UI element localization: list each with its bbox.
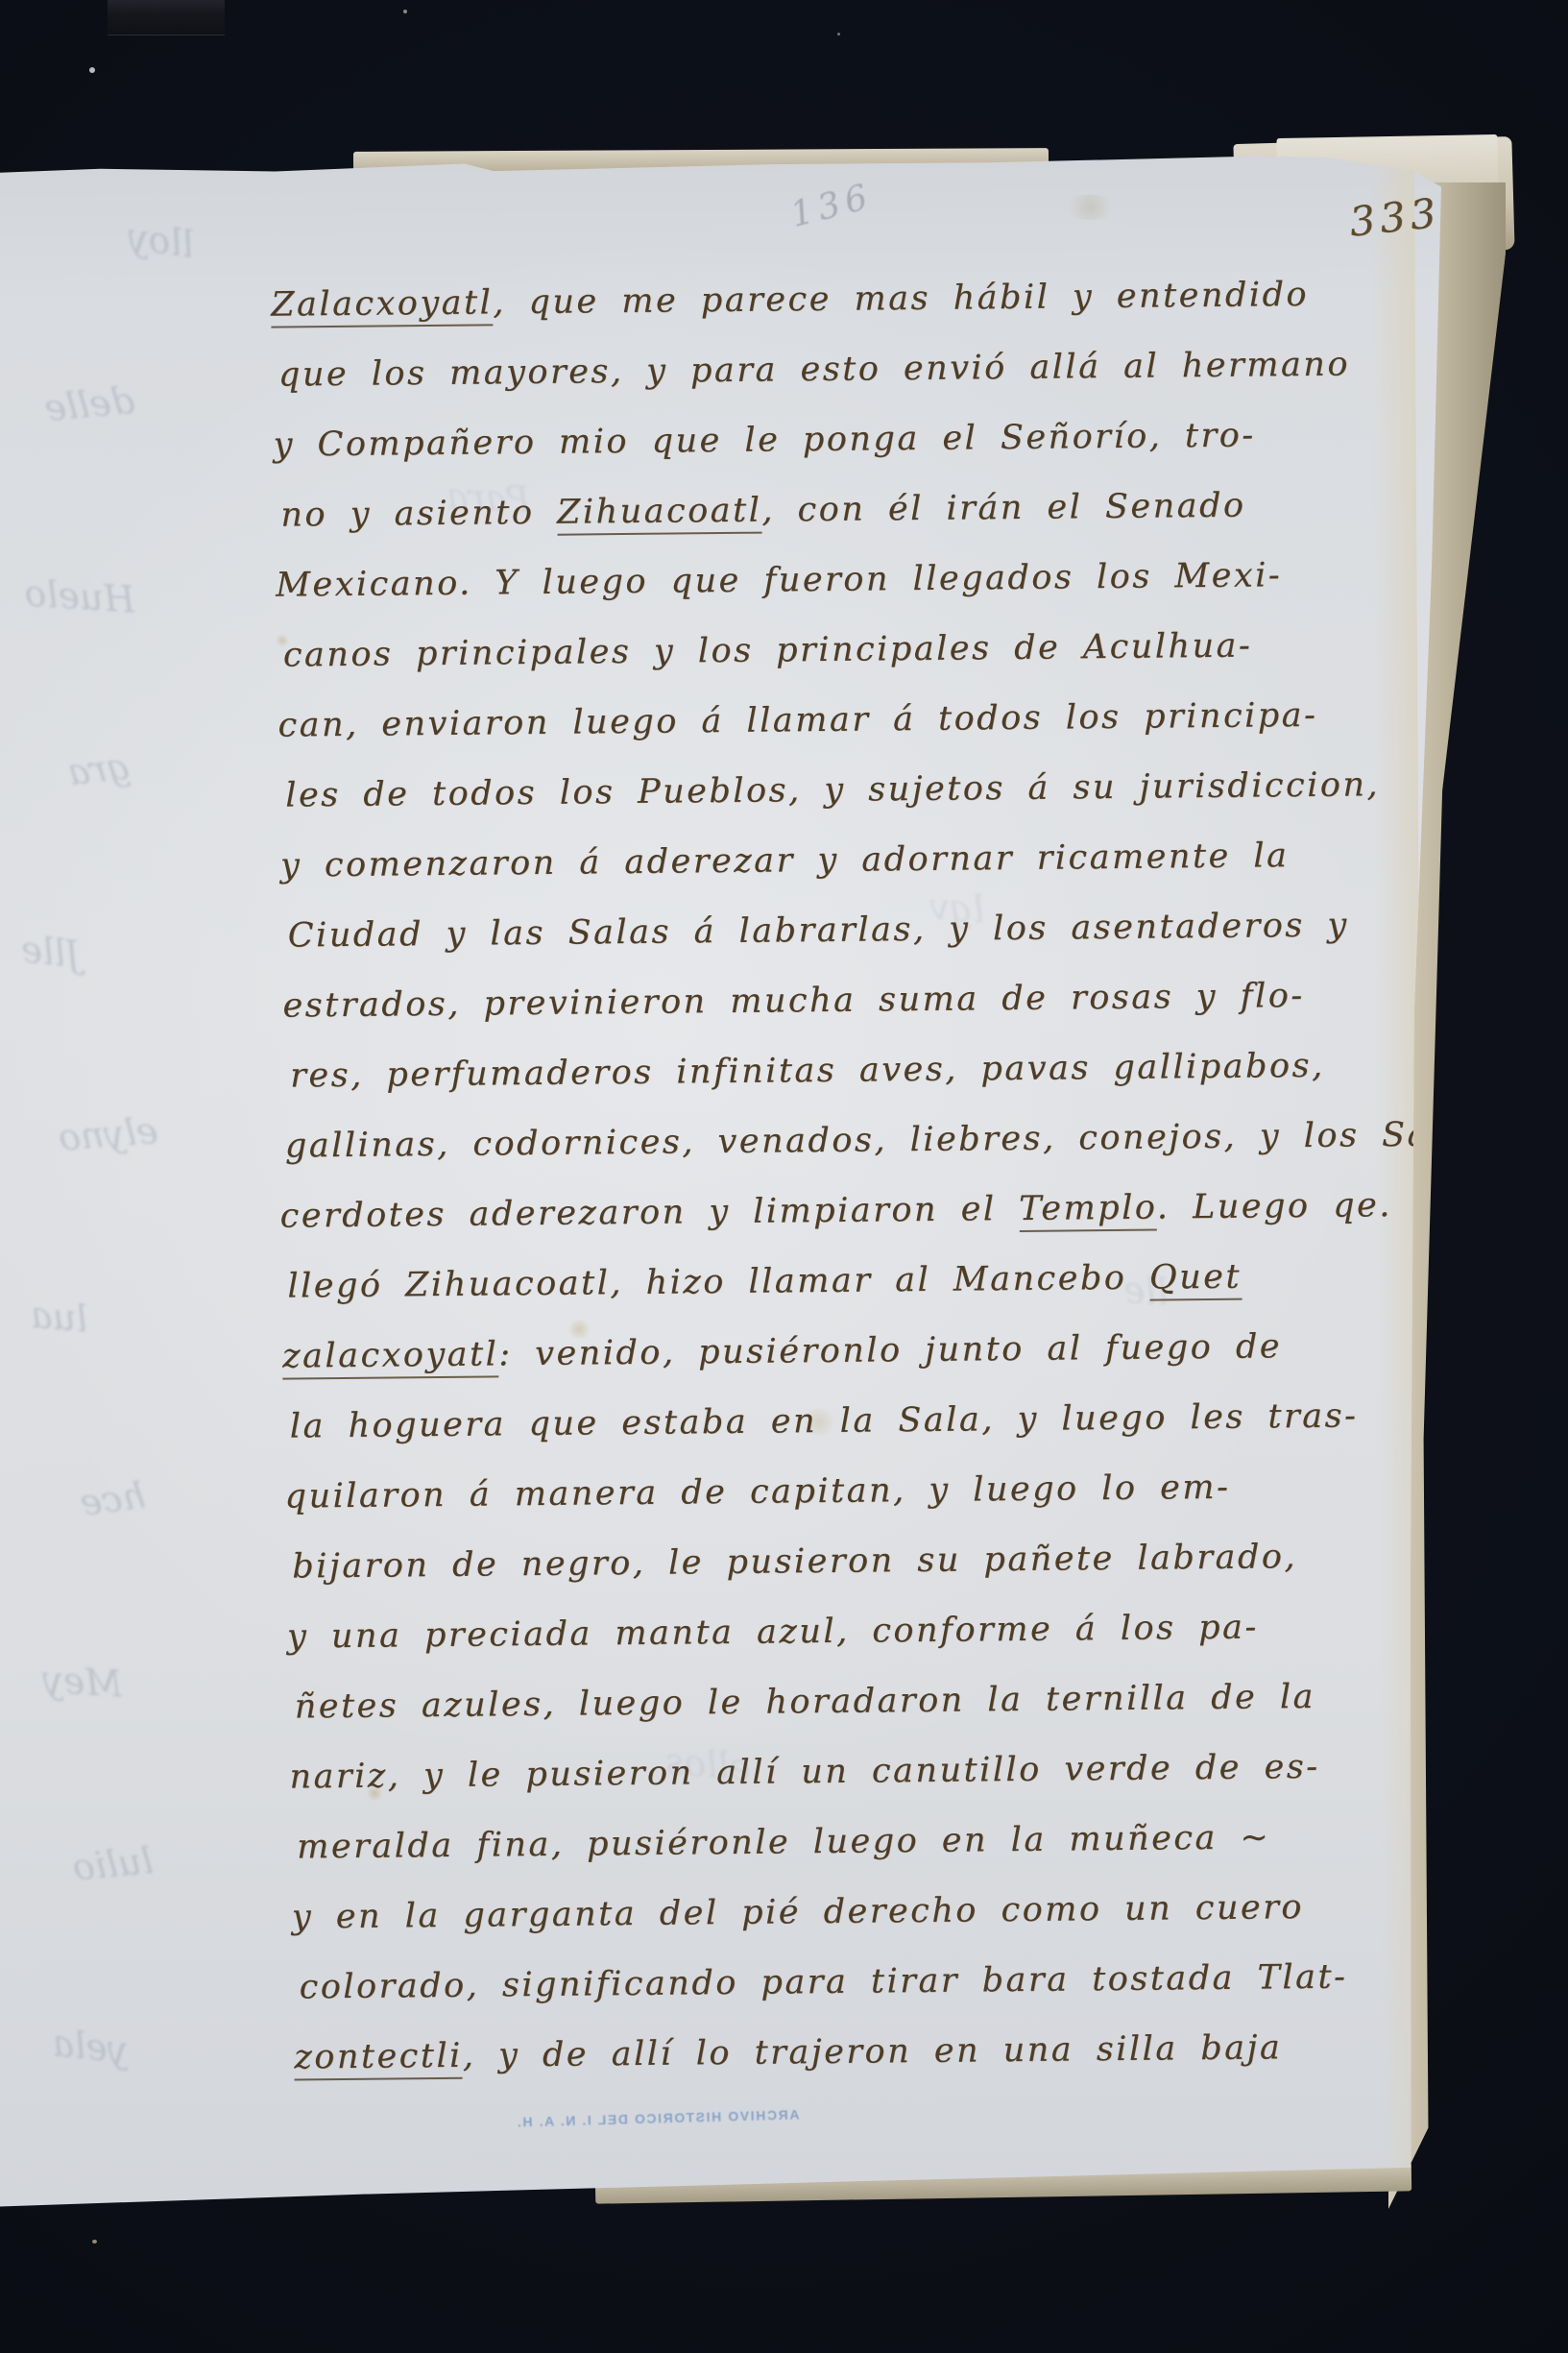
underlined-word: zalacxoyatl xyxy=(282,1335,499,1379)
text-segment: , y de allí lo trajeron en una silla baj… xyxy=(463,2028,1283,2074)
manuscript-line: estrados, previnieron mucha suma de rosa… xyxy=(282,977,1305,1026)
manuscript-line: la hoguera que estaba en la Sala, y lueg… xyxy=(290,1396,1359,1445)
underlined-word: Zalacxoyatl xyxy=(271,283,493,327)
text-segment: y Compañero mio que le ponga el Señorío,… xyxy=(273,416,1255,464)
manuscript-line: Ciudad y las Salas á labrarlas, y los as… xyxy=(288,907,1349,956)
manuscript-line: que los mayores, y para esto envió allá … xyxy=(278,345,1350,394)
text-segment: . Luego qe. xyxy=(1157,1186,1392,1226)
text-segment: les de todos los Pueblos, y sujetos á su… xyxy=(285,765,1380,814)
binding-tape xyxy=(108,0,225,36)
dust-speck xyxy=(837,33,840,36)
text-segment: y en la garganta del pié derecho como un… xyxy=(292,1888,1304,1936)
text-segment: can, enviaron luego á llamar á todos los… xyxy=(277,696,1317,745)
underlined-word: Templo xyxy=(1019,1189,1157,1232)
manuscript-line: res, perfumaderos infinitas aves, pavas … xyxy=(290,1047,1325,1096)
text-segment: res, perfumaderos infinitas aves, pavas … xyxy=(290,1047,1325,1096)
text-segment: y comenzaron á aderezar y adornar ricame… xyxy=(280,837,1290,885)
manuscript-text: Zalacxoyatl, que me parece mas hábil y e… xyxy=(0,152,1458,2210)
text-segment: meralda fina, pusiéronle luego en la muñ… xyxy=(297,1818,1270,1866)
manuscript-page: lloydelleHuelograJlleelynoluahceMeylulio… xyxy=(0,154,1454,2206)
text-segment: quilaron á manera de capitan, y luego lo… xyxy=(284,1468,1230,1516)
manuscript-line: gallinas, codornices, venados, liebres, … xyxy=(285,1116,1444,1166)
text-segment: : venido, pusiéronlo junto al fuego de xyxy=(498,1327,1282,1373)
manuscript-line: y Compañero mio que le ponga el Señorío,… xyxy=(273,416,1255,464)
text-segment: canos principales y los principales de A… xyxy=(283,627,1253,675)
manuscript-line: can, enviaron luego á llamar á todos los… xyxy=(277,696,1317,745)
photo-background: lloydelleHuelograJlleelynoluahceMeylulio… xyxy=(0,0,1568,2353)
underlined-word: Zihuacoatl xyxy=(557,492,762,536)
manuscript-line: no y asiento Zihuacoatl, con él irán el … xyxy=(280,487,1246,535)
manuscript-line: y una preciada manta azul, conforme á lo… xyxy=(287,1608,1259,1656)
manuscript-line: ñetes azules, luego le horadaron la tern… xyxy=(295,1678,1316,1727)
manuscript-line: cerdotes aderezaron y limpiaron el Templ… xyxy=(279,1186,1392,1236)
dust-speck xyxy=(403,10,407,13)
text-segment: Ciudad y las Salas á labrarlas, y los as… xyxy=(288,907,1349,956)
manuscript-line: les de todos los Pueblos, y sujetos á su… xyxy=(285,765,1380,814)
dust-speck xyxy=(92,2240,97,2244)
text-segment: y una preciada manta azul, conforme á lo… xyxy=(287,1608,1259,1656)
manuscript-line: zalacxoyatl: venido, pusiéronlo junto al… xyxy=(282,1327,1282,1375)
text-segment: , con él irán el Senado xyxy=(761,487,1246,530)
text-segment: gallinas, codornices, venados, liebres, … xyxy=(285,1116,1444,1166)
manuscript-line: Mexicano. Y luego que fueron llegados lo… xyxy=(276,556,1282,604)
manuscript-line: nariz, y le pusieron allí un canutillo v… xyxy=(289,1748,1319,1797)
manuscript-line: llegó Zihuacoatl, hizo llamar al Mancebo… xyxy=(287,1258,1242,1306)
dust-speck xyxy=(89,67,95,73)
text-segment: , que me parece mas hábil y entendido xyxy=(493,276,1309,322)
text-segment: estrados, previnieron mucha suma de rosa… xyxy=(282,977,1305,1026)
text-segment: Mexicano. Y luego que fueron llegados lo… xyxy=(276,556,1282,604)
manuscript-line: bijaron de negro, le pusieron su pañete … xyxy=(292,1538,1297,1586)
text-segment: llegó Zihuacoatl, hizo llamar al Mancebo xyxy=(287,1259,1149,1306)
underlined-word: zontectli xyxy=(294,2037,463,2081)
manuscript-line: colorado, significando para tirar bara t… xyxy=(299,1958,1347,2007)
manuscript-line: canos principales y los principales de A… xyxy=(283,627,1253,675)
manuscript-line: zontectli, y de allí lo trajeron en una … xyxy=(294,2028,1282,2076)
text-segment: cerdotes aderezaron y limpiaron el xyxy=(279,1190,1019,1236)
text-segment: la hoguera que estaba en la Sala, y lueg… xyxy=(290,1396,1359,1445)
manuscript-line: y comenzaron á aderezar y adornar ricame… xyxy=(280,837,1290,885)
text-segment: ñetes azules, luego le horadaron la tern… xyxy=(295,1678,1316,1727)
manuscript-line: y en la garganta del pié derecho como un… xyxy=(292,1888,1304,1936)
text-segment: no y asiento xyxy=(280,494,557,535)
underlined-word: Quet xyxy=(1149,1258,1242,1301)
manuscript-line: meralda fina, pusiéronle luego en la muñ… xyxy=(297,1818,1270,1866)
manuscript-line: quilaron á manera de capitan, y luego lo… xyxy=(284,1468,1230,1516)
text-segment: que los mayores, y para esto envió allá … xyxy=(278,345,1350,394)
text-segment: bijaron de negro, le pusieron su pañete … xyxy=(292,1538,1297,1586)
manuscript-line: Zalacxoyatl, que me parece mas hábil y e… xyxy=(271,276,1309,325)
text-segment: nariz, y le pusieron allí un canutillo v… xyxy=(289,1748,1319,1797)
text-segment: colorado, significando para tirar bara t… xyxy=(299,1958,1347,2007)
